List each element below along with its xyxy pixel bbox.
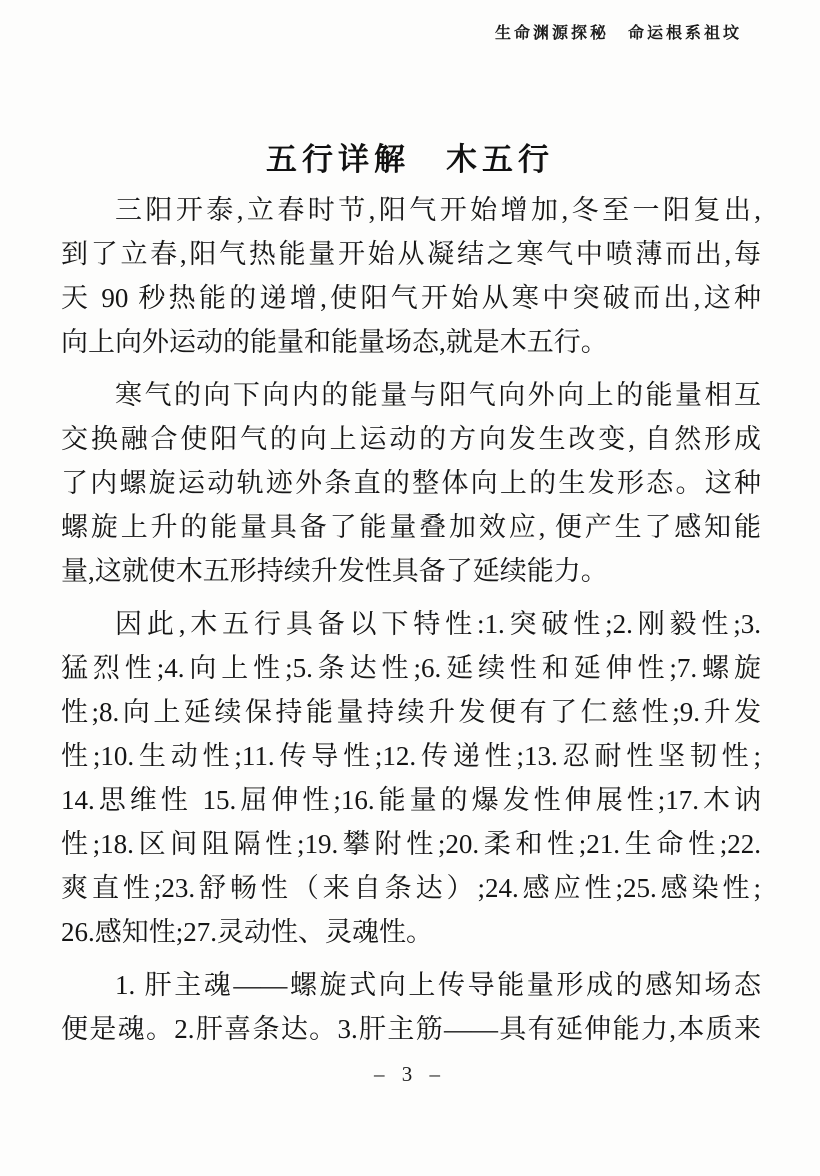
text-line: 寒气的向下向内的能量与阳气向外向上的能量相互 xyxy=(61,373,761,417)
text-line: 交换融合使阳气的向上运动的方向发生改变, 自然形成 xyxy=(61,417,761,461)
text-line: 了内螺旋运动轨迹外条直的整体向上的生发形态。这种 xyxy=(61,461,761,505)
book-page: 生命渊源探秘 命运根系祖坟 五行详解 木五行 三阳开泰,立春时节,阳气开始增加,… xyxy=(0,0,820,1176)
text-line: 到了立春,阳气热能量开始从凝结之寒气中喷薄而出,每 xyxy=(61,232,761,276)
body-text: 三阳开泰,立春时节,阳气开始增加,冬至一阳复出,到了立春,阳气热能量开始从凝结之… xyxy=(61,188,761,1051)
text-line: 量,这就使木五形持续升发性具备了延续能力。 xyxy=(61,549,761,593)
text-line: 螺旋上升的能量具备了能量叠加效应, 便产生了感知能 xyxy=(61,505,761,549)
text-line: 性;18.区间阻隔性;19.攀附性;20.柔和性;21.生命性;22. xyxy=(61,822,761,866)
running-header: 生命渊源探秘 命运根系祖坟 xyxy=(495,20,742,43)
text-line: 性;10.生动性;11.传导性;12.传递性;13.忍耐性坚韧性; xyxy=(61,734,761,778)
text-line: 1. 肝主魂——螺旋式向上传导能量形成的感知场态 xyxy=(61,963,761,1007)
page-number: – 3 – xyxy=(0,1062,820,1087)
text-line: 性;8.向上延续保持能量持续升发便有了仁慈性;9.升发 xyxy=(61,690,761,734)
text-line: 向上向外运动的能量和能量场态,就是木五行。 xyxy=(61,320,761,364)
text-line: 便是魂。2.肝喜条达。3.肝主筋——具有延伸能力,本质来 xyxy=(61,1007,761,1051)
text-line: 爽直性;23.舒畅性（来自条达）;24.感应性;25.感染性; xyxy=(61,866,761,910)
page-title: 五行详解 木五行 xyxy=(0,134,820,179)
text-line: 天 90 秒热能的递增,使阳气开始从寒中突破而出,这种 xyxy=(61,276,761,320)
text-line: 因此,木五行具备以下特性:1.突破性;2.刚毅性;3. xyxy=(61,602,761,646)
text-line: 14.思维性 15.屈伸性;16.能量的爆发性伸展性;17.木讷 xyxy=(61,778,761,822)
text-line: 猛烈性;4.向上性;5.条达性;6.延续性和延伸性;7.螺旋 xyxy=(61,646,761,690)
text-line: 三阳开泰,立春时节,阳气开始增加,冬至一阳复出, xyxy=(61,188,761,232)
text-line: 26.感知性;27.灵动性、灵魂性。 xyxy=(61,910,761,954)
